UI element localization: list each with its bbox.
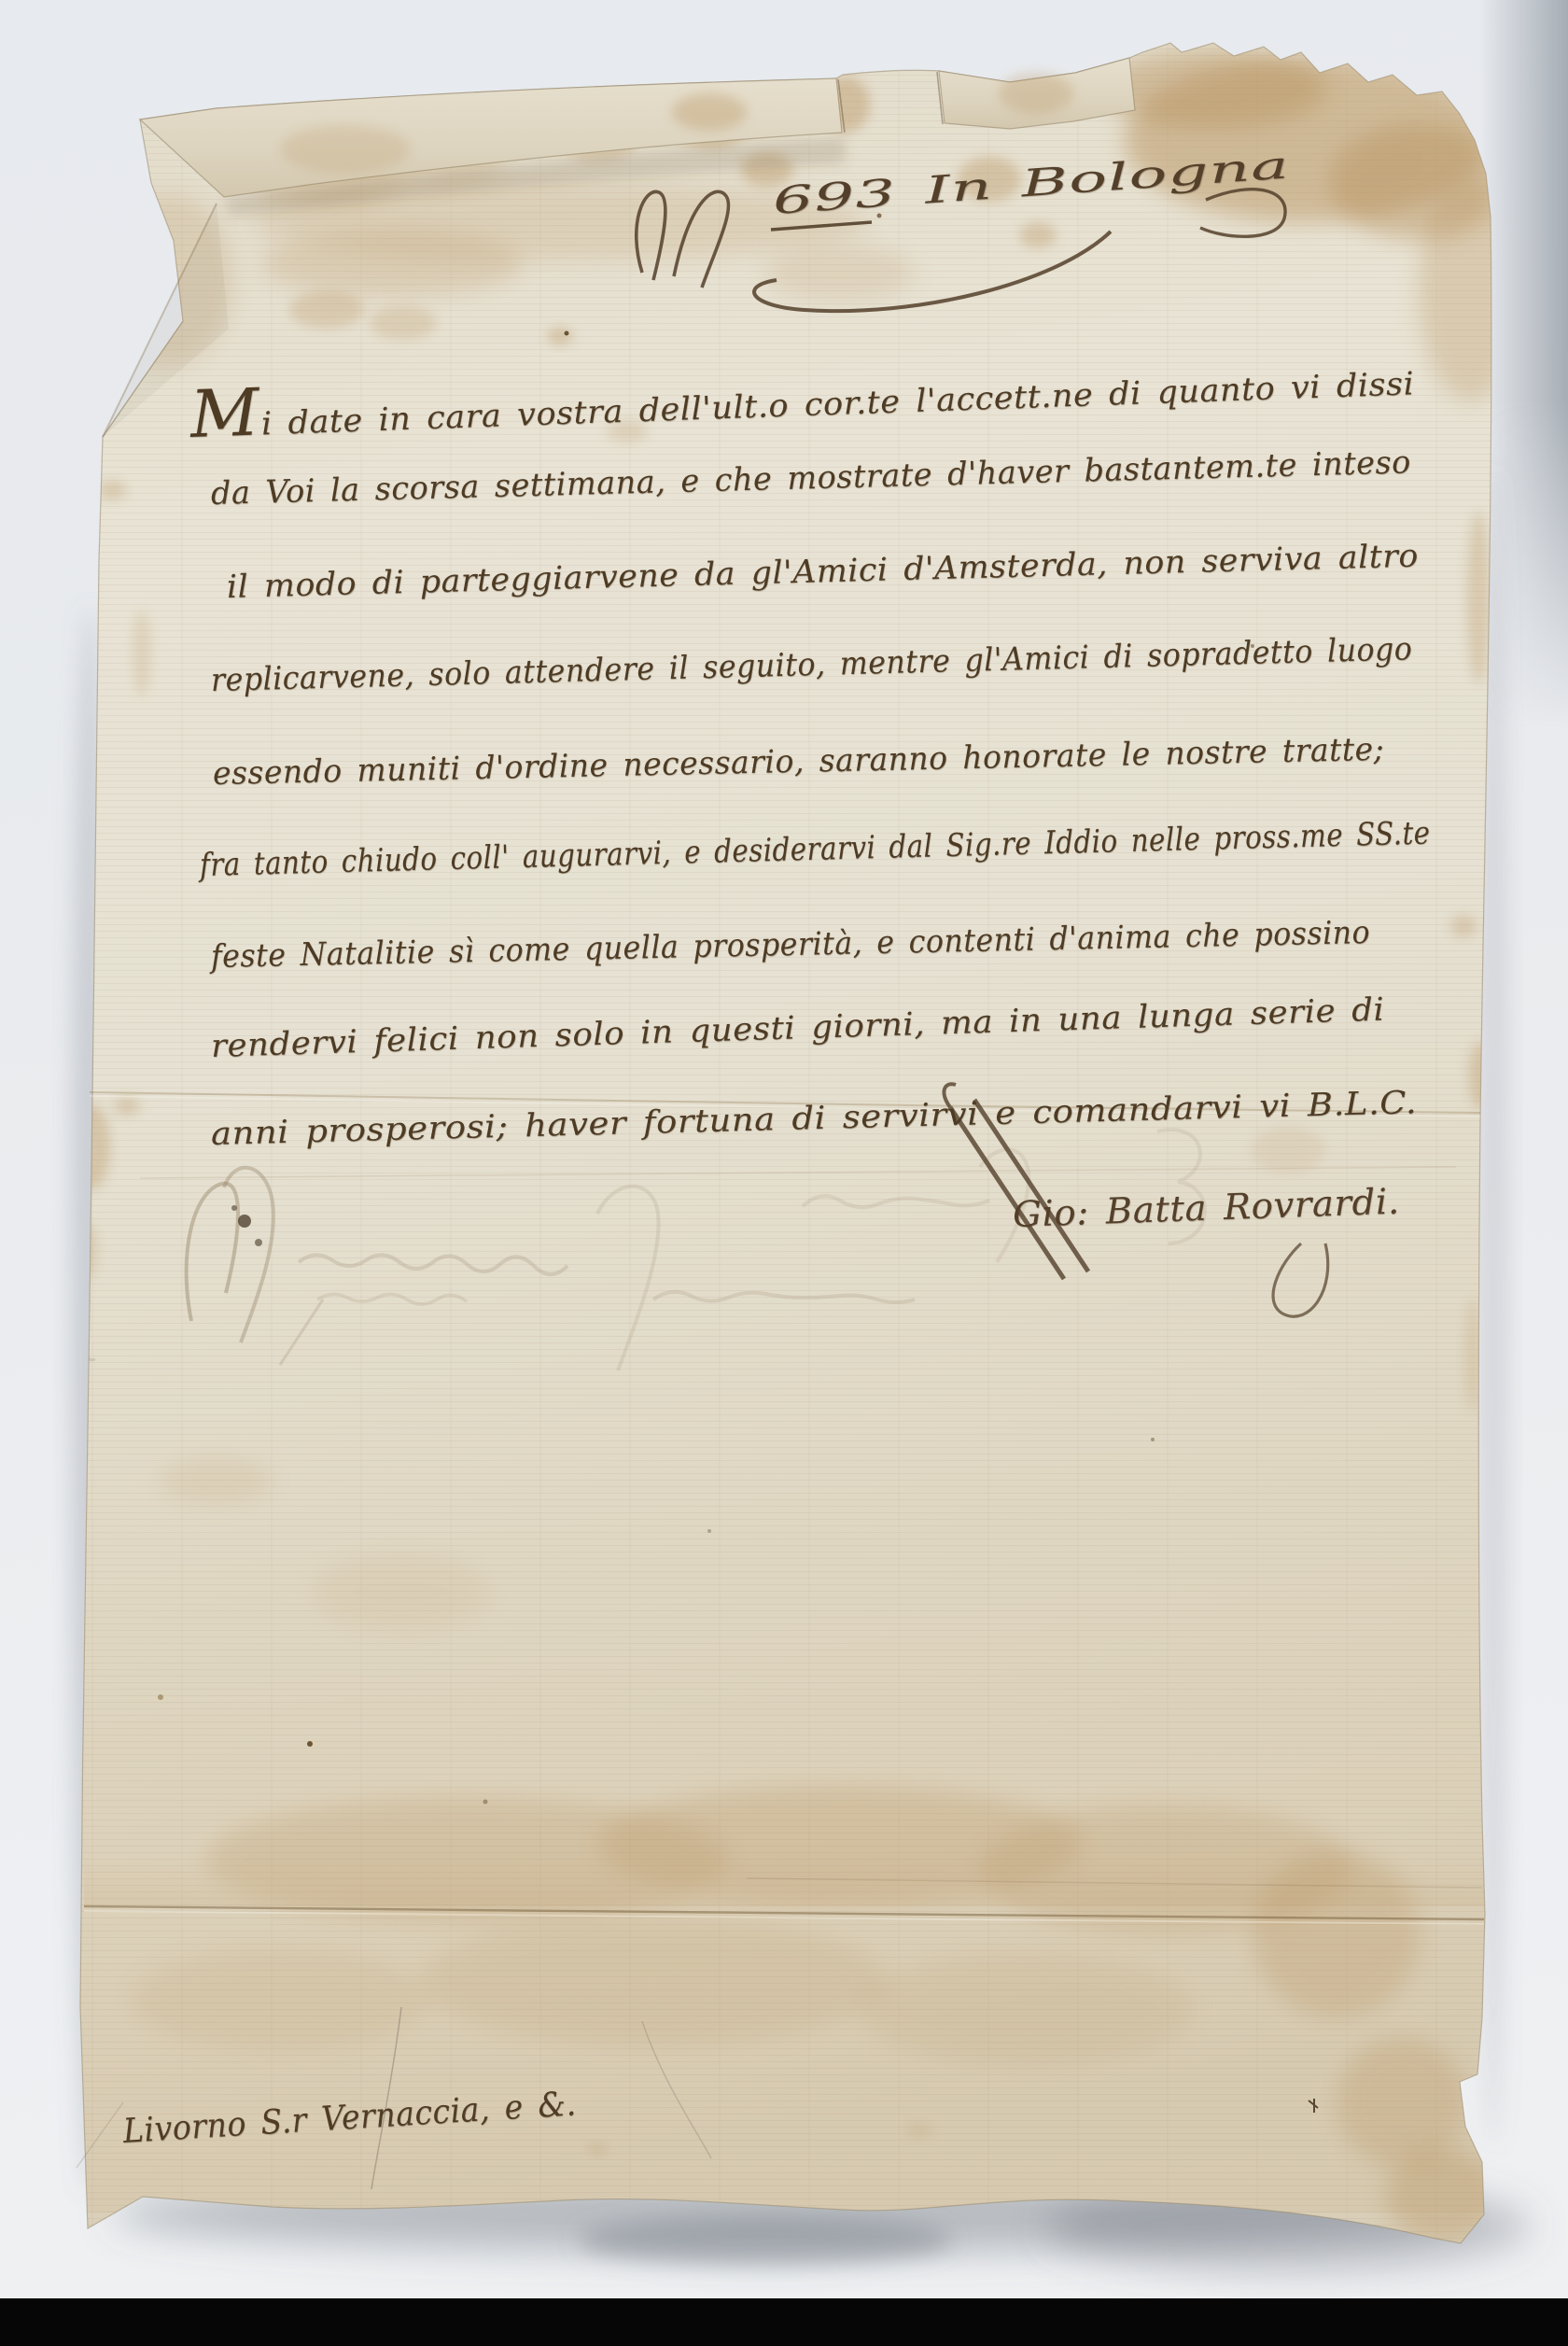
photo-of-letter: 693 In Bologna Mi date in cara vostra de…	[0, 0, 1568, 2346]
photo-bottom-black-band	[0, 2298, 1568, 2346]
